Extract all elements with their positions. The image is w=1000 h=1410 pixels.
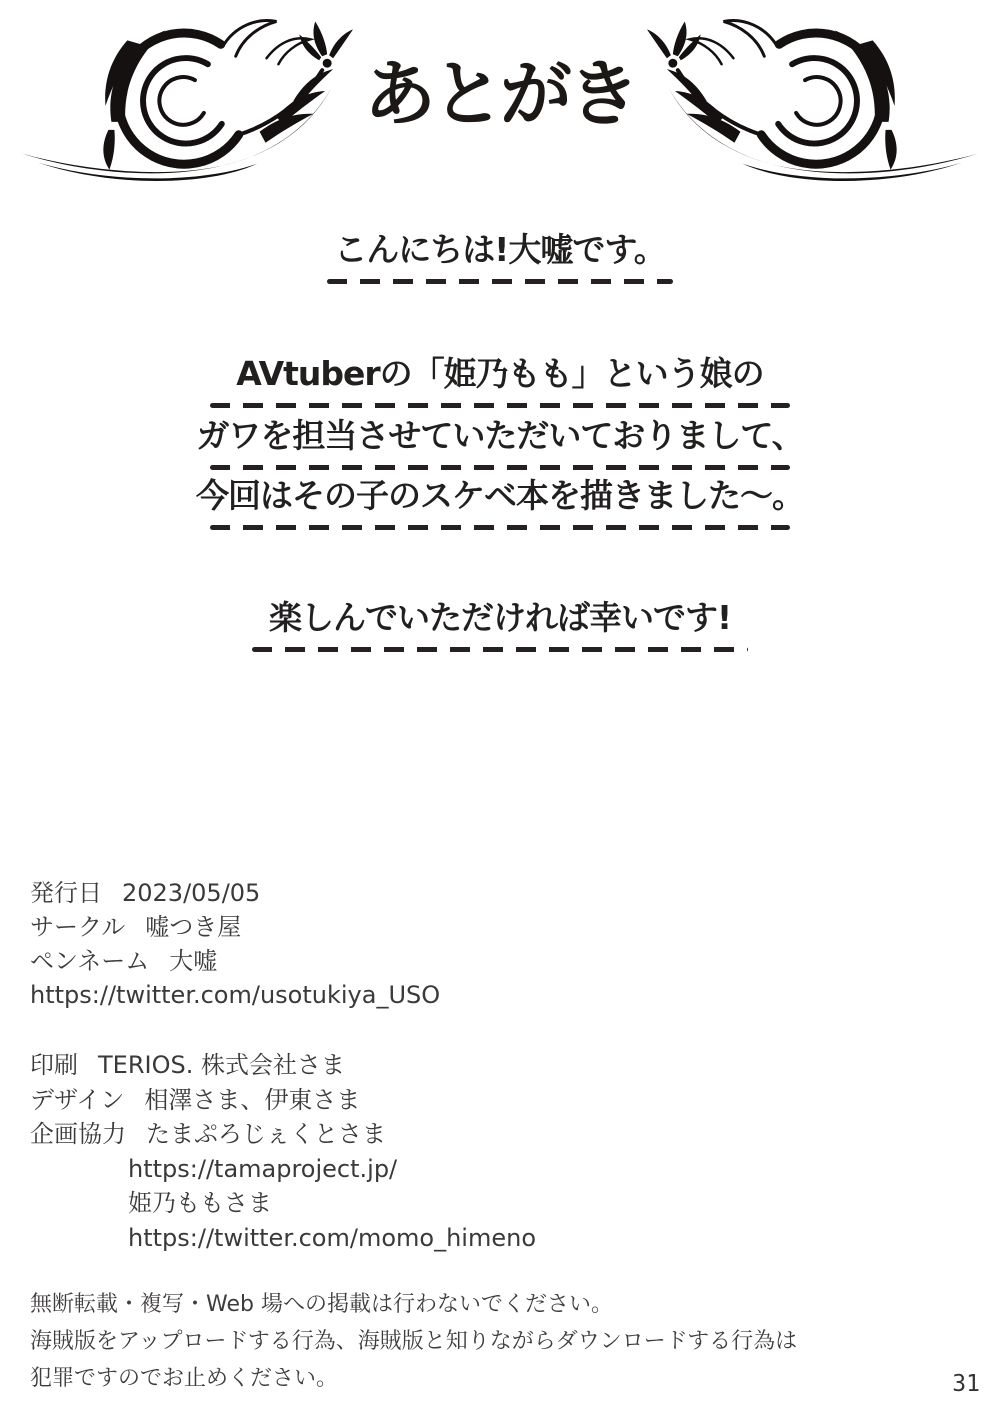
message-text: ガワを担当させていただいておりまして、 — [0, 416, 1000, 456]
message-line: 楽しんでいただければ幸いです! — [0, 598, 1000, 652]
legal-notice: 無断転載・複写・Web 場への掲載は行わないでください。 海賊版をアップロードす… — [30, 1286, 797, 1397]
cooperation-label: 企画協力 — [30, 1120, 126, 1148]
cooperation-twitter-url: https://twitter.com/momo_himeno — [30, 1221, 536, 1256]
publication-info: 発行日2023/05/05 サークル嘘つき屋 ペンネーム大嘘 https://t… — [30, 876, 440, 1012]
dashed-underline — [210, 465, 790, 470]
notice-line: 犯罪ですのでお止めください。 — [30, 1360, 797, 1397]
circle-label: サークル — [30, 913, 125, 941]
afterword-page: あとがき — [0, 0, 1000, 1410]
floral-flourish-icon — [646, 14, 984, 184]
cooperation-name: 姫乃ももさま — [30, 1186, 536, 1221]
message-line: 今回はその子のスケベ本を描きました〜。 — [0, 476, 1000, 530]
dashed-underline — [210, 403, 790, 408]
penname-label: ペンネーム — [30, 947, 149, 975]
message-text: AVtuberの「姫乃もも」という娘の — [0, 354, 1000, 394]
design-value: 相澤さま、伊東さま — [144, 1086, 360, 1114]
author-twitter-url: https://twitter.com/usotukiya_USO — [30, 978, 440, 1012]
publication-date-row: 発行日2023/05/05 — [30, 876, 440, 910]
message-text: こんにちは!大嘘です。 — [0, 230, 1000, 270]
message-line: AVtuberの「姫乃もも」という娘の — [0, 354, 1000, 408]
credits-info: 印刷TERIOS. 株式会社さま デザイン相澤さま、伊東さま 企画協力たまぷろじ… — [30, 1048, 536, 1255]
printing-label: 印刷 — [30, 1051, 78, 1079]
cooperation-row: 企画協力たまぷろじぇくとさま — [30, 1117, 536, 1152]
dashed-underline — [252, 647, 748, 652]
publication-date-label: 発行日 — [30, 879, 102, 907]
penname-row: ペンネーム大嘘 — [30, 944, 440, 978]
dashed-underline — [210, 525, 790, 530]
message-text: 今回はその子のスケベ本を描きました〜。 — [0, 476, 1000, 516]
circle-value: 嘘つき屋 — [145, 913, 241, 941]
design-row: デザイン相澤さま、伊東さま — [30, 1083, 536, 1118]
publication-date-value: 2023/05/05 — [122, 879, 260, 907]
message-text: 楽しんでいただければ幸いです! — [0, 598, 1000, 638]
notice-line: 海賊版をアップロードする行為、海賊版と知りながらダウンロードする行為は — [30, 1323, 797, 1360]
design-label: デザイン — [30, 1086, 124, 1114]
notice-line: 無断転載・複写・Web 場への掲載は行わないでください。 — [30, 1286, 797, 1323]
dashed-underline — [327, 279, 673, 284]
printing-value: TERIOS. 株式会社さま — [98, 1051, 345, 1079]
message-line: こんにちは!大嘘です。 — [0, 230, 1000, 284]
page-number: 31 — [952, 1371, 980, 1397]
printing-row: 印刷TERIOS. 株式会社さま — [30, 1048, 536, 1083]
cooperation-url: https://tamaproject.jp/ — [30, 1152, 536, 1187]
penname-value: 大嘘 — [169, 947, 217, 975]
circle-row: サークル嘘つき屋 — [30, 910, 440, 944]
cooperation-value: たまぷろじぇくとさま — [146, 1120, 386, 1148]
message-line: ガワを担当させていただいておりまして、 — [0, 416, 1000, 470]
